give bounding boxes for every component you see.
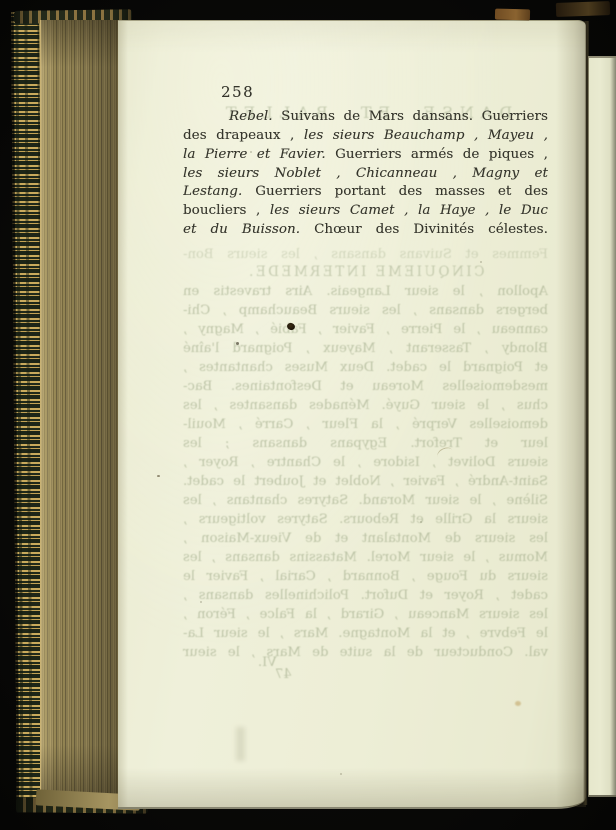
binding-fragment-top (495, 9, 530, 21)
ghost-line: Saint-André , Favier , Noblet et Joubert… (183, 474, 548, 493)
ghost-line: bergers dansans , les sieurs Beauchamp ,… (183, 303, 548, 322)
text-line: Rebel. Suivans de Mars dansans. Guerrier… (183, 109, 548, 128)
ghost-line: sieurs Dolivet , Isidore , le Chantre , … (183, 455, 548, 474)
page-left-shadow (118, 21, 128, 807)
ghost-line: demoiselles Verpré , la Fleur , Carré , … (183, 417, 548, 436)
ghost-line: cadet , Royer et Dufort. Polichinelles d… (183, 588, 548, 607)
ghost-line: Momus , le sieur Morel. Matassins dansan… (183, 550, 548, 569)
book-scan-photo: DANSE ET BALLET Femmes et Suivans dansan… (0, 0, 616, 830)
ghost-line: les sieurs de Montalant et de Vieux-Mais… (183, 531, 548, 550)
paper-speck (340, 773, 342, 775)
ghost-lines: Apollon , le sieur Langeais. Airs traves… (183, 284, 548, 664)
binding-fragment-top-right (556, 1, 610, 17)
paper-fleck (157, 475, 160, 477)
text-line: et du Buisson. Chœur des Divinités céles… (183, 222, 548, 241)
ghost-line: le Febvre , et la Montagne. Mars , le si… (183, 626, 548, 645)
book-page: DANSE ET BALLET Femmes et Suivans dansan… (118, 20, 586, 809)
ghost-fragment-line: Femmes et Suivans dansans , les sieurs B… (183, 247, 548, 262)
ghost-signature: VI. (258, 655, 277, 670)
text-line: les sieurs Noblet , Chicanneau , Magny e… (183, 166, 548, 185)
ghost-line: et Poignard le cadet. Deux Muses chantan… (183, 360, 548, 379)
text-line: la Pierre et Favier. Guerriers armés de … (183, 147, 548, 166)
ghost-section-heading: CINQUIEME INTERMEDE. (183, 264, 548, 280)
text-line: boucliers , les sieurs Camet , la Haye ,… (183, 203, 548, 222)
ghost-page-number: 47 (275, 667, 292, 682)
ghost-line: les sieurs Manceau , Girard , la Falce ,… (183, 607, 548, 626)
ghost-line: Silène , le sieur Morand. Satyres chanta… (183, 493, 548, 512)
ghost-line: Apollon , le sieur Langeais. Airs traves… (183, 284, 548, 303)
page-edge-stack (40, 20, 121, 808)
ghost-line: sieurs la Grille et Rebours. Satyres vol… (183, 512, 548, 531)
ghost-line: chus , le sieur Guyé. Ménades dansantes … (183, 398, 548, 417)
paper-smudge (236, 727, 245, 761)
paper-fleck (236, 342, 239, 345)
page-gutter-shadow (556, 21, 586, 807)
facing-page-sliver (588, 56, 616, 797)
text-line: des drapeaux , les sieurs Beauchamp , Ma… (183, 128, 548, 147)
main-text: Rebel. Suivans de Mars dansans. Guerrier… (183, 109, 548, 241)
ghost-line: canneau , le Pierre , Favier , Fabié , M… (183, 322, 548, 341)
ghost-line: sieurs du Fouge , Bonnard , Carial , Fav… (183, 569, 548, 588)
ghost-line: mesdemoiselles Moreau et Desfontaines. B… (183, 379, 548, 398)
foxing-spot (515, 701, 521, 706)
ghost-line: leur et Trefort. Egypans dansans ; les (183, 436, 548, 455)
ghost-line: val. Conducteur de la suite de Mars , le… (183, 645, 548, 664)
text-line: Lestang. Guerriers portant des masses et… (183, 184, 548, 203)
